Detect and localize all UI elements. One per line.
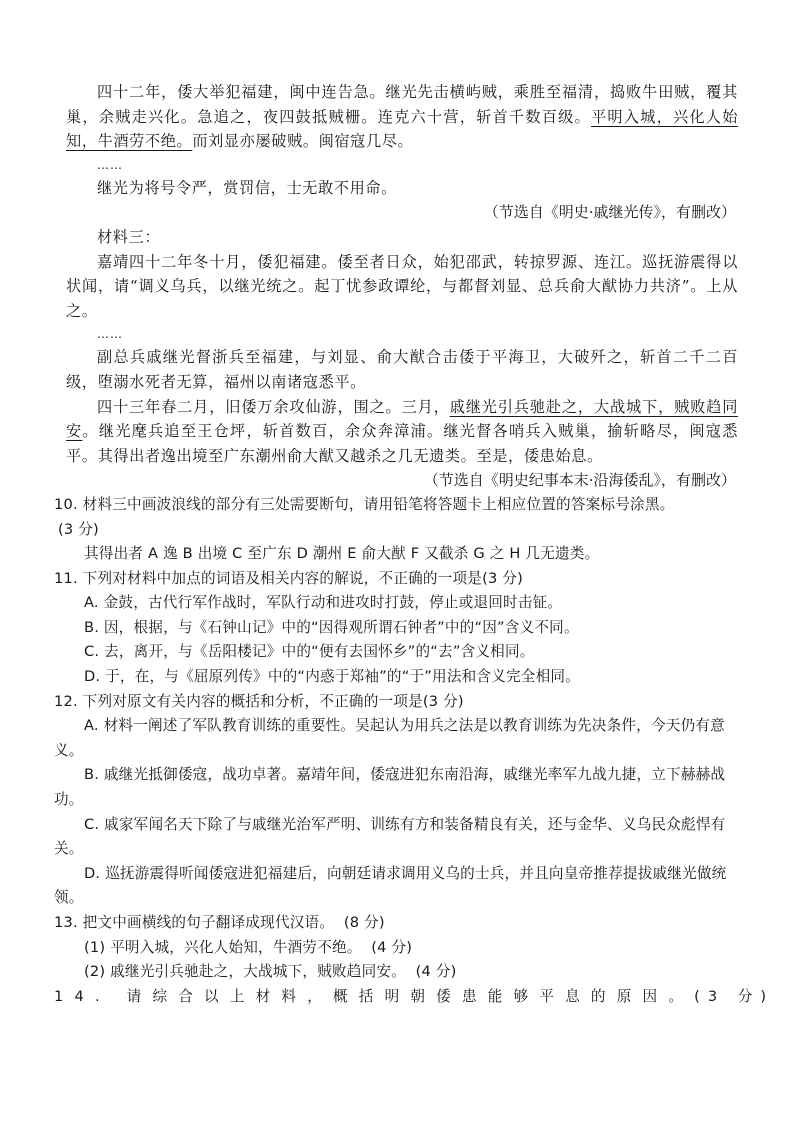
question-13-stem: 13. 把文中画横线的句子翻译成现代汉语。 (8 分) xyxy=(54,911,738,936)
text: 而刘显亦屡破贼。闽宿寇几尽。 xyxy=(192,132,413,150)
question-12-option-d: D. 巡抚游震得听闻倭寇进犯福建后，向朝廷请求调用义乌的士兵，并且向皇帝推荐提拔… xyxy=(54,862,738,911)
question-12: 12. 下列对原文有关内容的概括和分析，不正确的一项是(3 分) A. 材料一阐… xyxy=(54,690,738,911)
question-13: 13. 把文中画横线的句子翻译成现代汉语。 (8 分) (1) 平明入城，兴化人… xyxy=(54,911,738,985)
text: 四十三年春二月，旧倭万余攻仙游，围之。三月， xyxy=(97,398,450,416)
question-10: 10. 材料三中画波浪线的部分有三处需要断句，请用铅笔将答题卡上相应位置的答案标… xyxy=(54,493,738,567)
question-11-stem: 11. 下列对材料中加点的词语及相关内容的解说，不正确的一项是(3 分) xyxy=(54,567,738,592)
question-10-content: 其得出者 A 逸 B 出境 C 至广东 D 潮州 E 俞大猷 F 又截杀 G 之… xyxy=(54,542,738,567)
question-13-item-1: (1) 平明入城，兴化人始知，牛酒劳不绝。 (4 分) xyxy=(54,936,738,961)
question-10-stem: 10. 材料三中画波浪线的部分有三处需要断句，请用铅笔将答题卡上相应位置的答案标… xyxy=(54,493,738,518)
question-12-option-a: A. 材料一阐述了军队教育训练的重要性。吴起认为用兵之法是以教育训练为先决条件，… xyxy=(54,714,738,763)
material3-paragraph-3: 四十三年春二月，旧倭万余攻仙游，围之。三月，戚继光引兵驰赴之，大战城下，贼败趋同… xyxy=(66,395,738,469)
question-11: 11. 下列对材料中加点的词语及相关内容的解说，不正确的一项是(3 分) A. … xyxy=(54,567,738,690)
question-14: 14. 请综合以上材料，概括明朝倭患能够平息的原因。 (3 分) xyxy=(54,985,738,1010)
question-13-item-2: (2) 戚继光引兵驰赴之，大战城下，贼败趋同安。 (4 分) xyxy=(54,960,738,985)
question-11-option-d: D. 于，在，与《屈原列传》中的“内惑于郑袖”的“于”用法和含义完全相同。 xyxy=(54,665,738,690)
material3-paragraph-2: 副总兵戚继光督浙兵至福建，与刘显、俞大猷合击倭于平海卫，大破歼之，斩首二千二百级… xyxy=(66,345,738,394)
material3-paragraph-1: 嘉靖四十二年冬十月，倭犯福建。倭至者日众，始犯邵武，转掠罗源、连江。巡抚游震得以… xyxy=(66,250,738,324)
source-citation-material3: （节选自《明史纪事本末·沿海倭乱》，有删改） xyxy=(66,468,738,493)
question-12-option-c: C. 戚家军闻名天下除了与戚继光治军严明、训练有方和装备精良有关，还与金华、义乌… xyxy=(54,813,738,862)
question-14-score: (3 分) xyxy=(694,985,774,1010)
question-11-option-b: B. 因，根据，与《石钟山记》中的“因得观所谓石钟者”中的“因”含义不同。 xyxy=(54,616,738,641)
material2-paragraph-2: 继光为将号令严，赏罚信，士无敢不用命。 xyxy=(66,176,738,201)
question-11-option-a: A. 金鼓，古代行军作战时，军队行动和进攻时打鼓，停止或退回时击钲。 xyxy=(54,591,738,616)
text: 。继光麾兵追至王仓坪，斩首数百，余众奔漳浦。继光督各哨兵入贼巢，揄斩略尽，闽寇悉… xyxy=(66,422,738,465)
ellipsis: …… xyxy=(66,154,738,176)
question-11-option-c: C. 去，离开，与《岳阳楼记》中的“便有去国怀乡”的“去”含义相同。 xyxy=(54,640,738,665)
material2-paragraph-1: 四十二年，倭大举犯福建，闽中连告急。继光先击横屿贼，乘胜至福清，捣败牛田贼，覆其… xyxy=(66,80,738,154)
question-12-stem: 12. 下列对原文有关内容的概括和分析，不正确的一项是(3 分) xyxy=(54,690,738,715)
ellipsis: …… xyxy=(66,323,738,345)
question-10-score: (3 分) xyxy=(54,518,738,543)
exam-page: 四十二年，倭大举犯福建，闽中连告急。继光先击横屿贼，乘胜至福清，捣败牛田贼，覆其… xyxy=(66,80,738,1009)
question-14-stem: 14. 请综合以上材料，概括明朝倭患能够平息的原因。 xyxy=(54,985,694,1010)
question-12-option-b: B. 戚继光抵御倭寇，战功卓著。嘉靖年间，倭寇进犯东南沿海，戚继光率军九战九捷，… xyxy=(54,763,738,812)
material3-heading: 材料三： xyxy=(66,225,738,250)
source-citation-material2: （节选自《明史·戚继光传》，有删改） xyxy=(66,200,738,225)
